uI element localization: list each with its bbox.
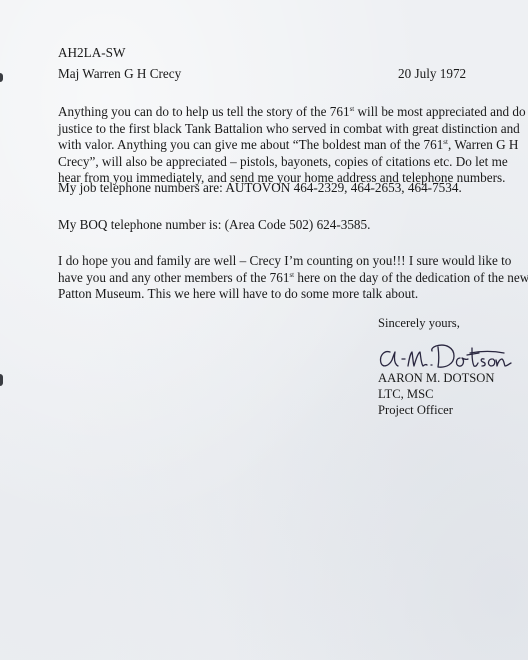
addressee: Maj Warren G H Crecy [58, 66, 181, 82]
paragraph-line: with valor. Anything you can give me abo… [58, 137, 528, 154]
paragraph-line: have you and any other members of the 76… [58, 270, 528, 287]
complimentary-close: Sincerely yours, [378, 315, 460, 331]
paragraph-boq-telephone: My BOQ telephone number is: (Area Code 5… [58, 217, 528, 234]
signatory-title: Project Officer [378, 402, 453, 418]
paragraph-line: My job telephone numbers are: AUTOVON 46… [58, 180, 528, 197]
ordinal-suffix: st [289, 271, 294, 279]
letter-date: 20 July 1972 [398, 66, 466, 82]
paragraph-line: Crecy”, will also be appreciated – pisto… [58, 154, 528, 171]
ordinal-suffix: st [443, 138, 448, 146]
paragraph-line: I do hope you and family are well – Crec… [58, 253, 528, 270]
signatory-name: AARON M. DOTSON [378, 370, 495, 386]
paragraph-line: Anything you can do to help us tell the … [58, 104, 528, 121]
ordinal-suffix: st [350, 105, 355, 113]
paragraph-closing-remarks: I do hope you and family are well – Crec… [58, 253, 528, 303]
paragraph-body: Anything you can do to help us tell the … [58, 104, 528, 187]
punch-hole-mark [0, 374, 3, 386]
paragraph-job-telephones: My job telephone numbers are: AUTOVON 46… [58, 180, 528, 197]
paragraph-line: Patton Museum. This we here will have to… [58, 286, 528, 303]
paragraph-line: justice to the first black Tank Battalio… [58, 121, 528, 138]
paragraph-line: My BOQ telephone number is: (Area Code 5… [58, 217, 528, 234]
reference-code: AH2LA-SW [58, 45, 125, 61]
signatory-rank: LTC, MSC [378, 386, 434, 402]
handwritten-signature: A. M. Dotson [376, 336, 516, 372]
